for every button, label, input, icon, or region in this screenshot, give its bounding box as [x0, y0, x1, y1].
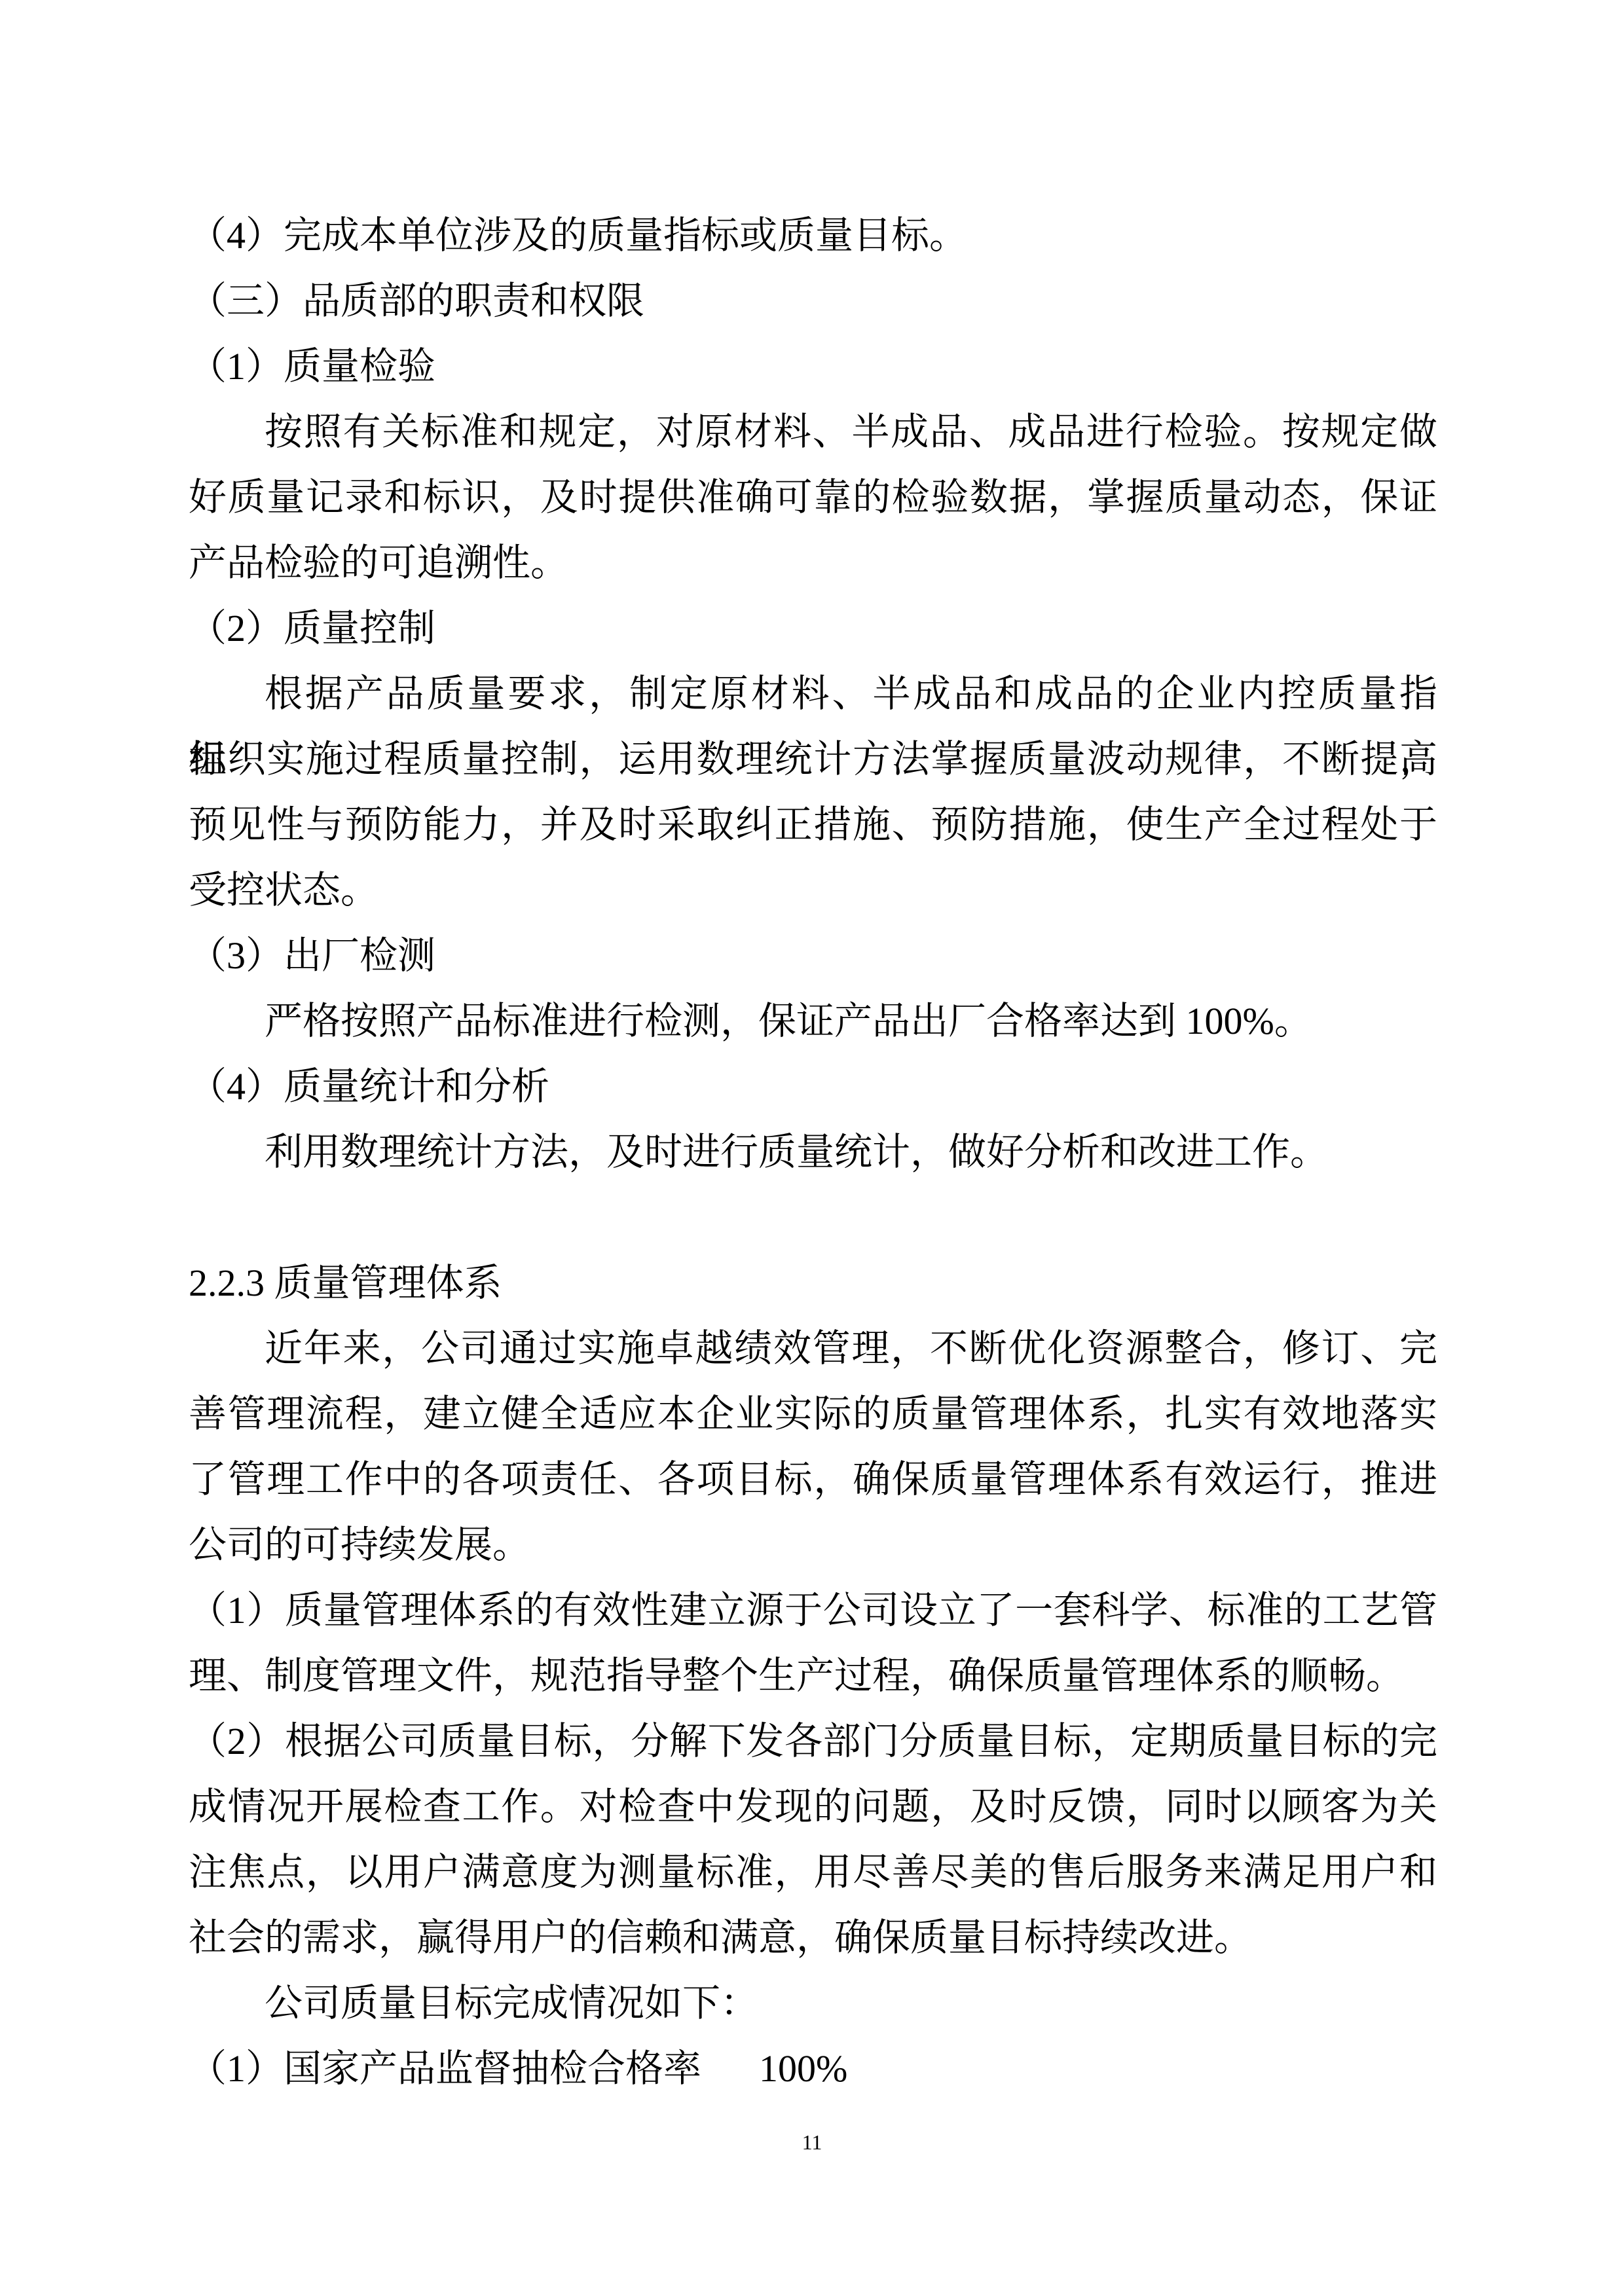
document-body: （4）完成本单位涉及的质量指标或质量目标。 （三）品质部的职责和权限 （1）质量… — [189, 203, 1437, 2102]
blank-line — [189, 1185, 1437, 1250]
text-line: （2）质量控制 — [189, 596, 1437, 661]
text-line: 善管理流程，建立健全适应本企业实际的质量管理体系，扎实有效地落实 — [189, 1381, 1437, 1447]
text-line: 组织实施过程质量控制，运用数理统计方法掌握质量波动规律，不断提高 — [189, 727, 1437, 792]
text-line: 严格按照产品标准进行检测，保证产品出厂合格率达到 100%。 — [189, 989, 1437, 1054]
section-heading: 2.2.3 质量管理体系 — [189, 1250, 1437, 1316]
text-line: （三）品质部的职责和权限 — [189, 268, 1437, 334]
text-line: （2）根据公司质量目标，分解下发各部门分质量目标，定期质量目标的完 — [189, 1709, 1437, 1774]
text-line: （1）质量检验 — [189, 334, 1437, 399]
text-line: 注焦点，以用户满意度为测量标准，用尽善尽美的售后服务来满足用户和 — [189, 1840, 1437, 1905]
text-line: （3）出厂检测 — [189, 923, 1437, 989]
text-line: 成情况开展检查工作。对检查中发现的问题，及时反馈，同时以顾客为关 — [189, 1774, 1437, 1840]
text-line: 了管理工作中的各项责任、各项目标，确保质量管理体系有效运行，推进 — [189, 1447, 1437, 1512]
text-line: 公司质量目标完成情况如下： — [189, 1971, 1437, 2036]
quality-goal-value: 100% — [759, 2036, 847, 2102]
text-line: 社会的需求，赢得用户的信赖和满意，确保质量目标持续改进。 — [189, 1905, 1437, 1971]
text-line: （4）质量统计和分析 — [189, 1054, 1437, 1120]
text-line: 预见性与预防能力，并及时采取纠正措施、预防措施，使生产全过程处于 — [189, 792, 1437, 858]
text-line: 产品检验的可追溯性。 — [189, 530, 1437, 596]
text-line: 利用数理统计方法，及时进行质量统计，做好分析和改进工作。 — [189, 1120, 1437, 1185]
text-line: 根据产品质量要求，制定原材料、半成品和成品的企业内控质量指标， — [189, 661, 1437, 727]
text-line: （4）完成本单位涉及的质量指标或质量目标。 — [189, 203, 1437, 268]
text-line: （1）质量管理体系的有效性建立源于公司设立了一套科学、标准的工艺管 — [189, 1578, 1437, 1643]
page-number: 11 — [0, 2129, 1624, 2155]
text-line: 好质量记录和标识，及时提供准确可靠的检验数据，掌握质量动态，保证 — [189, 465, 1437, 530]
document-page: （4）完成本单位涉及的质量指标或质量目标。 （三）品质部的职责和权限 （1）质量… — [0, 0, 1624, 2296]
goal-value-gap — [701, 2069, 759, 2069]
text-line: 公司的可持续发展。 — [189, 1512, 1437, 1578]
quality-goal-label: （1）国家产品监督抽检合格率 — [189, 2036, 701, 2102]
text-line: 按照有关标准和规定，对原材料、半成品、成品进行检验。按规定做 — [189, 399, 1437, 465]
text-line: 理、制度管理文件，规范指导整个生产过程，确保质量管理体系的顺畅。 — [189, 1643, 1437, 1709]
quality-goal-line: （1）国家产品监督抽检合格率 100% — [189, 2036, 1437, 2102]
text-line: 受控状态。 — [189, 858, 1437, 923]
text-line: 近年来，公司通过实施卓越绩效管理，不断优化资源整合，修订、完 — [189, 1316, 1437, 1381]
